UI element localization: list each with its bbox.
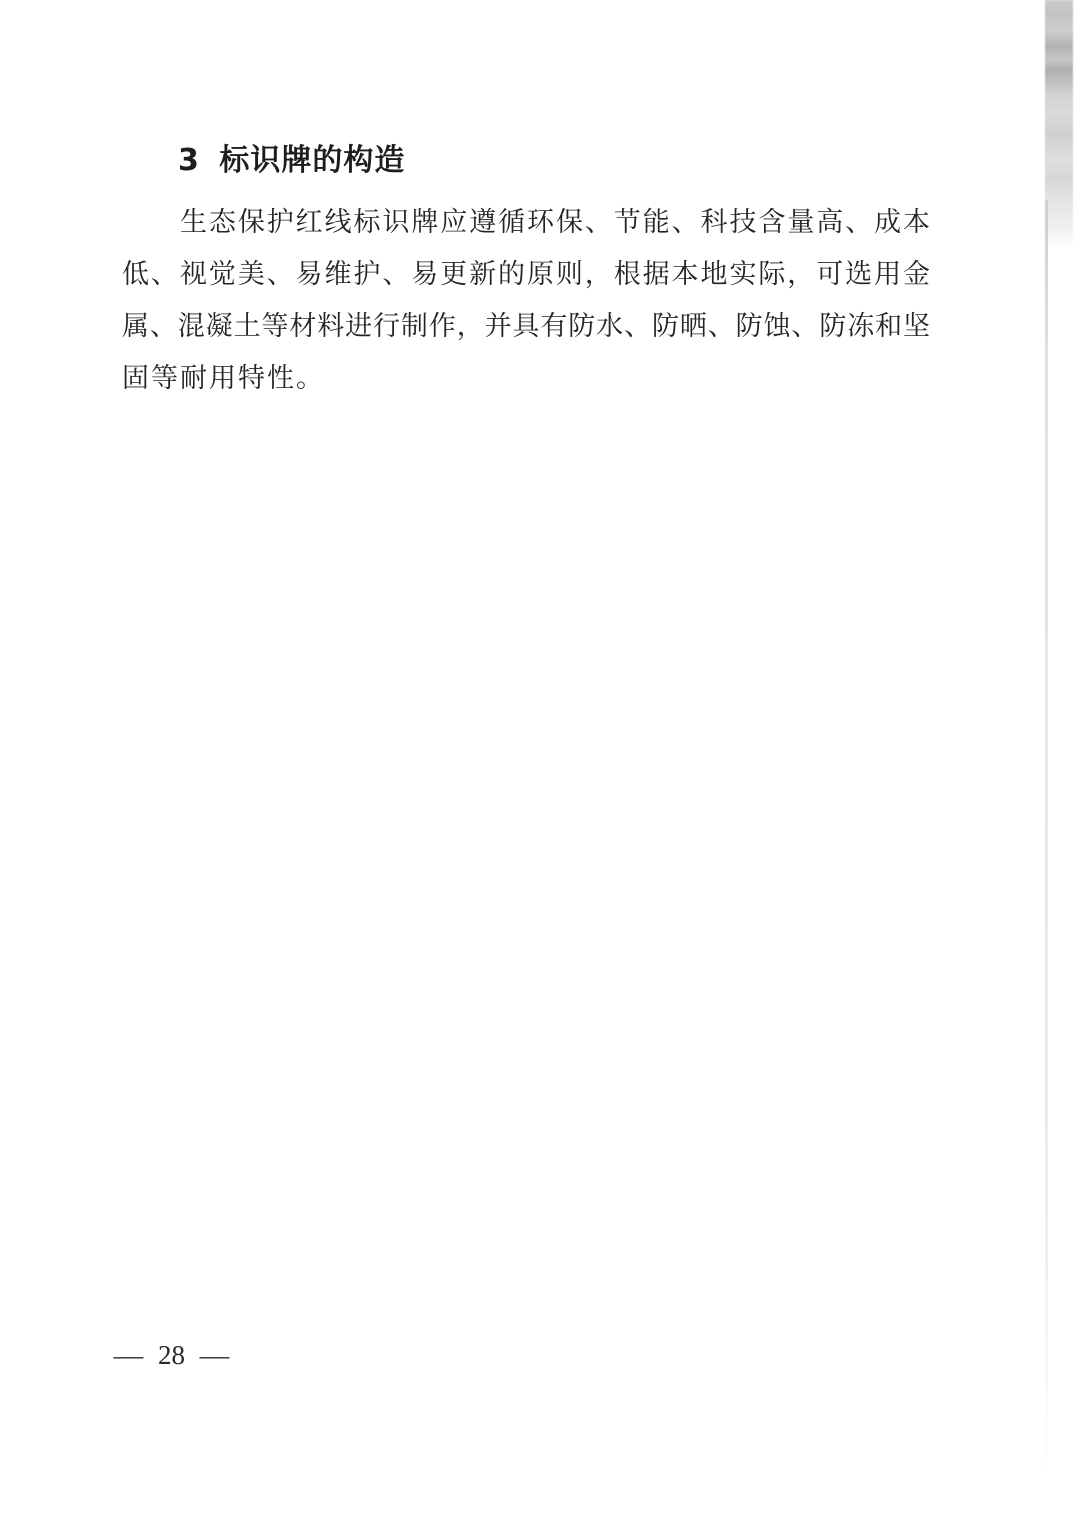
- footer-left-dash: —: [114, 1340, 144, 1370]
- footer-right-dash: —: [200, 1340, 230, 1370]
- section-heading: 3 标识牌的构造: [178, 141, 405, 181]
- page-number: 28: [158, 1340, 185, 1370]
- paragraph-line-2: 低、视觉美、易维护、易更新的原则，根据本地实际，可选用金: [122, 248, 930, 300]
- scan-artifact-line: [1045, 200, 1048, 1480]
- scan-artifact-band: [1045, 0, 1073, 248]
- paragraph-line-1: 生态保护红线标识牌应遵循环保、节能、科技含量高、成本: [122, 196, 930, 248]
- paragraph-line-4: 固等耐用特性。: [122, 352, 930, 404]
- page-footer: — 28 —: [115, 1340, 228, 1370]
- document-page: 3 标识牌的构造 生态保护红线标识牌应遵循环保、节能、科技含量高、成本 低、视觉…: [0, 0, 1080, 1526]
- body-paragraph: 生态保护红线标识牌应遵循环保、节能、科技含量高、成本 低、视觉美、易维护、易更新…: [122, 196, 930, 404]
- paragraph-line-3: 属、混凝土等材料进行制作，并具有防水、防晒、防蚀、防冻和坚: [122, 300, 930, 352]
